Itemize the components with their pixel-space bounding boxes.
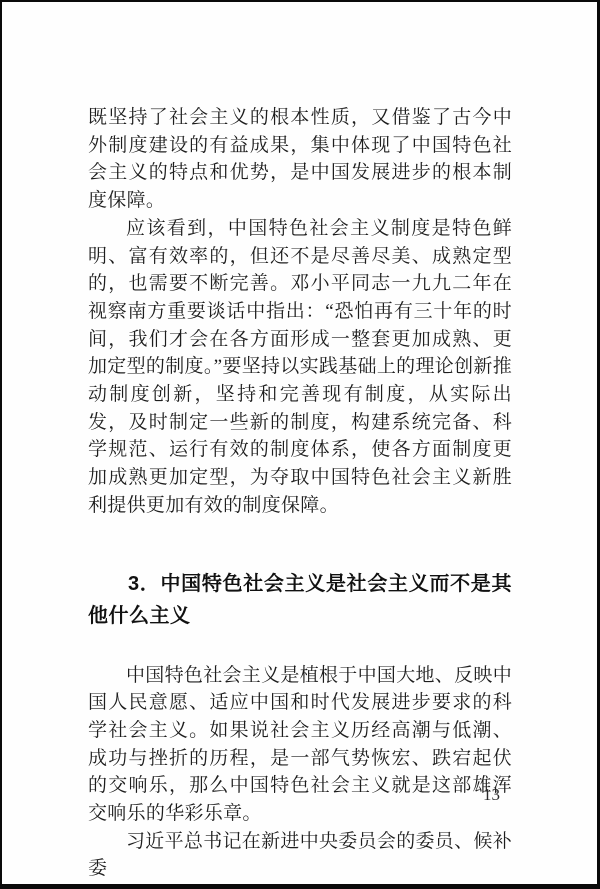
scan-edge-bottom bbox=[0, 884, 600, 889]
body-paragraph: 习近平总书记在新进中央委员会的委员、候补委 bbox=[88, 828, 512, 883]
page-number: 13 bbox=[483, 784, 500, 806]
body-paragraph: 中国特色社会主义是植根于中国大地、反映中国人民意愿、适应中国和时代发展进步要求的… bbox=[88, 662, 512, 828]
scan-edge-top bbox=[0, 0, 600, 2]
body-paragraph-continuation: 既坚持了社会主义的根本性质，又借鉴了古今中外制度建设的有益成果，集中体现了中国特… bbox=[88, 104, 512, 215]
scan-edge-left bbox=[0, 0, 2, 889]
section-heading: 3．中国特色社会主义是社会主义而不是其他什么主义 bbox=[88, 568, 512, 632]
body-paragraph: 应该看到，中国特色社会主义制度是特色鲜明、富有效率的，但还不是尽善尽美、成熟定型… bbox=[88, 215, 512, 520]
page-content: 既坚持了社会主义的根本性质，又借鉴了古今中外制度建设的有益成果，集中体现了中国特… bbox=[88, 104, 512, 883]
